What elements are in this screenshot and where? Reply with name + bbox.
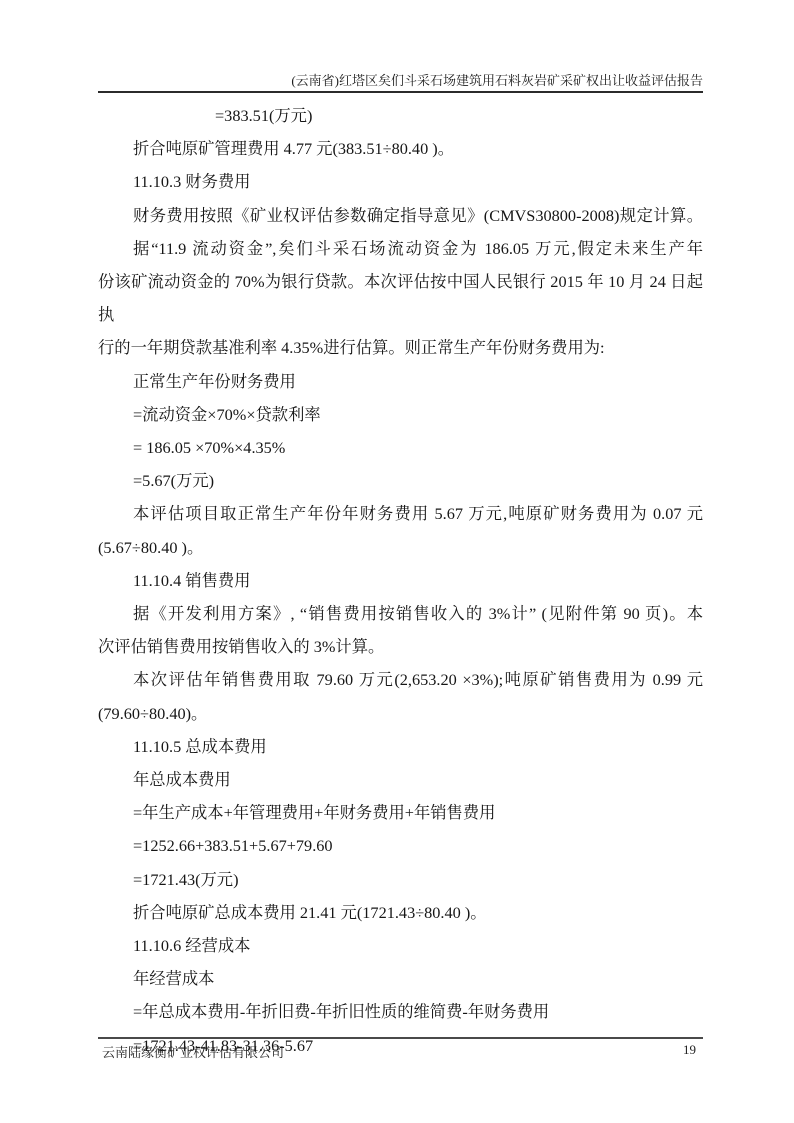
text-line: 据“11.9 流动资金”,矣们斗采石场流动资金为 186.05 万元,假定未来生… — [133, 232, 703, 265]
formula-line: =年生产成本+年管理费用+年财务费用+年销售费用 — [133, 796, 703, 829]
text-line: 正常生产年份财务费用 — [133, 365, 703, 398]
text-line: 据《开发利用方案》, “销售费用按销售收入的 3%计” (见附件第 90 页)。… — [133, 597, 703, 630]
formula-line: =流动资金×70%×贷款利率 — [133, 398, 703, 431]
text-line: 折合吨原矿总成本费用 21.41 元(1721.43÷80.40 )。 — [133, 896, 703, 929]
section-heading: 11.10.3 财务费用 — [133, 165, 703, 198]
text-line: 份该矿流动资金的 70%为银行贷款。本次评估按中国人民银行 2015 年 10 … — [98, 265, 703, 331]
formula-line: =1721.43(万元) — [133, 863, 703, 896]
page-header: (云南省)红塔区矣们斗采石场建筑用石料灰岩矿采矿权出让收益评估报告 — [98, 0, 703, 93]
text-line: 折合吨原矿管理费用 4.77 元(383.51÷80.40 )。 — [133, 132, 703, 165]
formula-line: =1252.66+383.51+5.67+79.60 — [133, 829, 703, 862]
text-line: (79.60÷80.40)。 — [98, 697, 703, 730]
text-line: (5.67÷80.40 )。 — [98, 531, 703, 564]
formula-line: =5.67(万元) — [133, 464, 703, 497]
section-heading: 11.10.5 总成本费用 — [133, 730, 703, 763]
document-page: (云南省)红塔区矣们斗采石场建筑用石料灰岩矿采矿权出让收益评估报告 =383.5… — [0, 0, 794, 1123]
formula-line: = 186.05 ×70%×4.35% — [133, 431, 703, 464]
text-line: =383.51(万元) — [215, 99, 703, 132]
formula-line: =年总成本费用-年折旧费-年折旧性质的维简费-年财务费用 — [133, 995, 703, 1028]
text-line: 次评估销售费用按销售收入的 3%计算。 — [98, 630, 703, 663]
text-line: 年经营成本 — [133, 962, 703, 995]
document-body: =383.51(万元) 折合吨原矿管理费用 4.77 元(383.51÷80.4… — [98, 99, 703, 1062]
text-line: 本次评估年销售费用取 79.60 万元(2,653.20 ×3%);吨原矿销售费… — [133, 663, 703, 696]
page-number: 19 — [683, 1042, 703, 1058]
text-line: 年总成本费用 — [133, 763, 703, 796]
text-line: 财务费用按照《矿业权评估参数确定指导意见》(CMVS30800-2008)规定计… — [133, 199, 703, 232]
text-line: 本评估项目取正常生产年份年财务费用 5.67 万元,吨原矿财务费用为 0.07 … — [133, 497, 703, 530]
company-name: 云南陆缘衡矿业权评估有限公司 — [98, 1042, 284, 1061]
report-title: (云南省)红塔区矣们斗采石场建筑用石料灰岩矿采矿权出让收益评估报告 — [291, 70, 703, 89]
section-heading: 11.10.6 经营成本 — [133, 929, 703, 962]
text-line: 行的一年期贷款基准利率 4.35%进行估算。则正常生产年份财务费用为: — [98, 331, 703, 364]
page-footer: 云南陆缘衡矿业权评估有限公司 19 — [98, 1037, 703, 1061]
section-heading: 11.10.4 销售费用 — [133, 564, 703, 597]
